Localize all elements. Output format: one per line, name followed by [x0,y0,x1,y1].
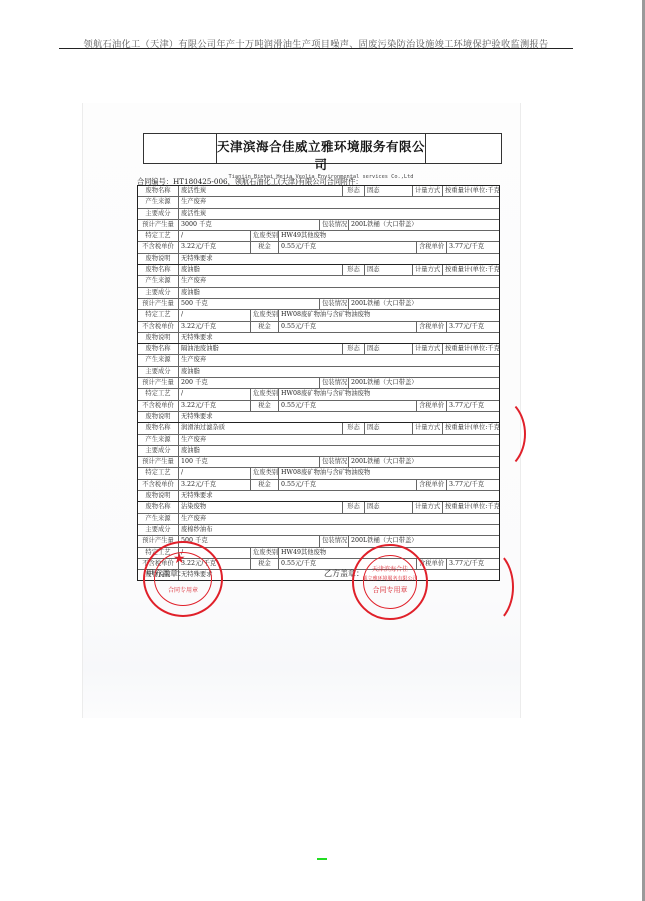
row-component: 主要成分 废油脂 [138,446,499,457]
waste-note: 无特殊要求 [179,412,499,422]
waste-block: 废物名称 废油脂 形态 固态 计量方式 按重量计(单位:千克) 产生来源 生产废… [138,265,499,344]
row-process: 特定工艺 / 危废类别 HW08废矿物油与含矿物油废物 [138,389,499,400]
label-component: 主要成分 [138,446,179,456]
waste-category: HW49其他废物 [279,231,499,241]
waste-name: 隔油池废油脂 [179,344,343,354]
stamp-b-line2: 威立雅环境服务有限公司 [354,575,426,583]
row-price: 不含税单价 3.22元/千克 税金 0.55元/千克 含税单价 3.77元/千克 [138,401,499,412]
label-measure: 计量方式 [413,423,443,433]
row-source: 产生来源 生产废弃 [138,435,499,446]
waste-incl-price: 3.77元/千克 [447,480,499,490]
waste-component: 废油脂 [179,288,499,298]
waste-block: 废物名称 隔油池废油脂 形态 固态 计量方式 按重量计(单位:千克) 产生来源 … [138,344,499,423]
row-name: 废物名称 沾染废物 形态 固态 计量方式 按重量计(单位:千克) [138,502,499,513]
label-category: 危废类别 [251,310,279,320]
waste-source: 生产废弃 [179,276,499,286]
waste-note: 无特殊要求 [179,491,499,501]
company-letterhead: 天津滨海合佳威立雅环境服务有限公司 Tianjin Binhai Hejia V… [143,133,502,164]
label-tax: 税金 [251,401,279,411]
label-process: 特定工艺 [138,310,179,320]
row-process: 特定工艺 / 危废类别 HW49其他废物 [138,231,499,242]
label-measure: 计量方式 [413,502,443,512]
row-name: 废物名称 润滑油过滤杂质 形态 固态 计量方式 按重量计(单位:千克) [138,423,499,434]
waste-form: 固态 [365,186,413,196]
letterhead-left-cell [144,134,217,163]
row-quantity: 预计产生量 3000 千克 包装情况 200L铁桶（大口带盖） [138,220,499,231]
waste-quantity: 100 千克 [179,457,320,467]
star-icon: ★ [173,551,186,567]
waste-name: 废活性炭 [179,186,343,196]
row-quantity: 预计产生量 500 千克 包装情况 200L铁桶（大口带盖） [138,299,499,310]
waste-measure: 按重量计(单位:千克) [443,265,499,275]
waste-pretax-price: 3.22元/千克 [179,480,251,490]
row-price: 不含税单价 3.22元/千克 税金 0.55元/千克 含税单价 3.77元/千克 [138,480,499,491]
row-note: 废物说明 无特殊要求 [138,412,499,422]
waste-pretax-price: 3.22元/千克 [179,322,251,332]
waste-process: / [179,231,251,241]
label-note: 废物说明 [138,333,179,343]
waste-tax: 0.55元/千克 [279,401,417,411]
waste-form: 固态 [365,344,413,354]
label-quantity: 预计产生量 [138,299,179,309]
label-incl: 含税单价 [417,401,447,411]
waste-note: 无特殊要求 [179,333,499,343]
waste-source: 生产废弃 [179,197,499,207]
label-packaging: 包装情况 [320,378,349,388]
waste-process: / [179,310,251,320]
row-name: 废物名称 废油脂 形态 固态 计量方式 按重量计(单位:千克) [138,265,499,276]
row-price: 不含税单价 3.22元/千克 税金 0.55元/千克 含税单价 3.77元/千克 [138,322,499,333]
label-incl: 含税单价 [417,480,447,490]
label-category: 危废类别 [251,231,279,241]
row-source: 产生来源 生产废弃 [138,197,499,208]
waste-process: / [179,389,251,399]
label-component: 主要成分 [138,209,179,219]
row-component: 主要成分 废棉纱油布 [138,525,499,536]
stamp-b-line1: 天津滨海合佳 [354,566,426,574]
stamp-b-line3: 合同专用章 [354,586,426,594]
letterhead-title-cell: 天津滨海合佳威立雅环境服务有限公司 Tianjin Binhai Hejia V… [217,134,426,163]
waste-quantity: 3000 千克 [179,220,320,230]
label-component: 主要成分 [138,367,179,377]
waste-component: 废棉纱油布 [179,525,499,535]
letterhead-right-cell [426,134,501,163]
label-note: 废物说明 [138,491,179,501]
label-name: 废物名称 [138,423,179,433]
waste-quantity: 500 千克 [179,299,320,309]
row-note: 废物说明 无特殊要求 [138,333,499,343]
waste-table: 废物名称 废活性炭 形态 固态 计量方式 按重量计(单位:千克) 产生来源 生产… [137,185,500,581]
label-quantity: 预计产生量 [138,220,179,230]
waste-packaging: 200L铁桶（大口带盖） [349,220,499,230]
label-source: 产生来源 [138,276,179,286]
waste-incl-price: 3.77元/千克 [447,322,499,332]
label-pretax: 不含税单价 [138,322,179,332]
waste-packaging: 200L铁桶（大口带盖） [349,378,499,388]
row-source: 产生来源 生产废弃 [138,276,499,287]
waste-tax: 0.55元/千克 [279,242,417,252]
waste-measure: 按重量计(单位:千克) [443,502,499,512]
label-form: 形态 [343,423,365,433]
label-source: 产生来源 [138,435,179,445]
row-process: 特定工艺 / 危废类别 HW08废矿物油与含矿物油废物 [138,310,499,321]
label-form: 形态 [343,186,365,196]
label-packaging: 包装情况 [320,536,349,546]
row-name: 废物名称 废活性炭 形态 固态 计量方式 按重量计(单位:千克) [138,186,499,197]
label-source: 产生来源 [138,355,179,365]
row-source: 产生来源 生产废弃 [138,514,499,525]
waste-note: 无特殊要求 [179,254,499,264]
company-name-cn: 天津滨海合佳威立雅环境服务有限公司 [217,137,425,173]
partial-seam-stamp [460,548,514,626]
page-number-mark [317,858,327,860]
label-tax: 税金 [251,480,279,490]
waste-source: 生产废弃 [179,435,499,445]
row-note: 废物说明 无特殊要求 [138,491,499,501]
label-note: 废物说明 [138,254,179,264]
label-pretax: 不含税单价 [138,401,179,411]
waste-component: 废油脂 [179,367,499,377]
waste-category: HW08废矿物油与含矿物油废物 [279,468,499,478]
waste-quantity: 200 千克 [179,378,320,388]
label-packaging: 包装情况 [320,457,349,467]
waste-form: 固态 [365,265,413,275]
waste-category: HW08废矿物油与含矿物油废物 [279,389,499,399]
row-note: 废物说明 无特殊要求 [138,254,499,264]
waste-measure: 按重量计(单位:千克) [443,344,499,354]
row-quantity: 预计产生量 100 千克 包装情况 200L铁桶（大口带盖） [138,457,499,468]
label-process: 特定工艺 [138,389,179,399]
waste-process: / [179,468,251,478]
row-component: 主要成分 废活性炭 [138,209,499,220]
waste-category: HW08废矿物油与含矿物油废物 [279,310,499,320]
row-process: 特定工艺 / 危废类别 HW08废矿物油与含矿物油废物 [138,468,499,479]
waste-component: 废油脂 [179,446,499,456]
waste-name: 沾染废物 [179,502,343,512]
label-measure: 计量方式 [413,344,443,354]
label-category: 危废类别 [251,548,279,558]
waste-source: 生产废弃 [179,514,499,524]
label-measure: 计量方式 [413,265,443,275]
label-source: 产生来源 [138,197,179,207]
waste-form: 固态 [365,502,413,512]
row-component: 主要成分 废油脂 [138,288,499,299]
label-form: 形态 [343,265,365,275]
waste-component: 废活性炭 [179,209,499,219]
label-incl: 含税单价 [417,242,447,252]
label-note: 废物说明 [138,412,179,422]
row-component: 主要成分 废油脂 [138,367,499,378]
waste-block: 废物名称 废活性炭 形态 固态 计量方式 按重量计(单位:千克) 产生来源 生产… [138,186,499,265]
party-b-stamp: 天津滨海合佳 威立雅环境服务有限公司 合同专用章 [352,544,428,620]
label-tax: 税金 [251,322,279,332]
label-measure: 计量方式 [413,186,443,196]
label-category: 危废类别 [251,389,279,399]
waste-tax: 0.55元/千克 [279,322,417,332]
waste-source: 生产废弃 [179,355,499,365]
waste-name: 废油脂 [179,265,343,275]
label-packaging: 包装情况 [320,220,349,230]
waste-tax: 0.55元/千克 [279,480,417,490]
label-pretax: 不含税单价 [138,242,179,252]
label-tax: 税金 [251,559,279,569]
waste-form: 固态 [365,423,413,433]
label-quantity: 预计产生量 [138,457,179,467]
label-pretax: 不含税单价 [138,480,179,490]
header-divider [59,48,573,49]
partial-seam-stamp [466,396,526,472]
label-process: 特定工艺 [138,231,179,241]
waste-packaging: 200L铁桶（大口带盖） [349,536,499,546]
waste-pretax-price: 3.22元/千克 [179,401,251,411]
waste-block: 废物名称 润滑油过滤杂质 形态 固态 计量方式 按重量计(单位:千克) 产生来源… [138,423,499,502]
row-source: 产生来源 生产废弃 [138,355,499,366]
row-price: 不含税单价 3.22元/千克 税金 0.55元/千克 含税单价 3.77元/千克 [138,242,499,253]
label-component: 主要成分 [138,288,179,298]
label-process: 特定工艺 [138,468,179,478]
row-quantity: 预计产生量 200 千克 包装情况 200L铁桶（大口带盖） [138,378,499,389]
waste-incl-price: 3.77元/千克 [447,242,499,252]
label-name: 废物名称 [138,186,179,196]
label-name: 废物名称 [138,344,179,354]
label-incl: 含税单价 [417,322,447,332]
label-tax: 税金 [251,242,279,252]
row-name: 废物名称 隔油池废油脂 形态 固态 计量方式 按重量计(单位:千克) [138,344,499,355]
waste-name: 润滑油过滤杂质 [179,423,343,433]
label-packaging: 包装情况 [320,299,349,309]
waste-pretax-price: 3.22元/千克 [179,242,251,252]
label-name: 废物名称 [138,265,179,275]
label-form: 形态 [343,502,365,512]
label-name: 废物名称 [138,502,179,512]
label-component: 主要成分 [138,525,179,535]
stamp-a-text: 合同专用章 [145,587,221,595]
label-quantity: 预计产生量 [138,378,179,388]
label-category: 危废类别 [251,468,279,478]
label-form: 形态 [343,344,365,354]
label-source: 产生来源 [138,514,179,524]
party-a-stamp: ★ 合同专用章 [143,541,223,617]
waste-measure: 按重量计(单位:千克) [443,186,499,196]
waste-packaging: 200L铁桶（大口带盖） [349,299,499,309]
